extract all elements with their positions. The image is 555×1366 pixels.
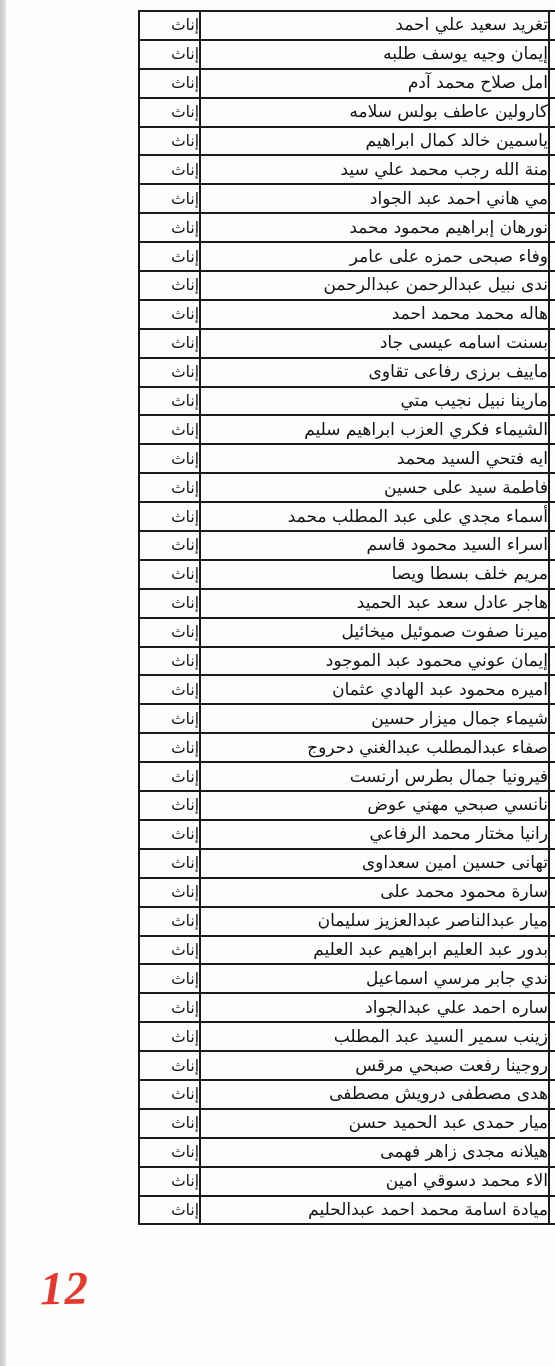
table-row: سارة محمود محمد على إناث: [139, 878, 555, 907]
gender-cell: إناث: [139, 358, 200, 387]
table-row: روجينا رفعت صبحي مرقس إناث: [139, 1051, 555, 1080]
table-row: هاله محمد محمد احمد إناث: [139, 300, 555, 329]
student-name-cell: مريم خلف بسطا ويصا: [200, 560, 549, 589]
student-name-cell: ميادة اسامة محمد احمد عبدالحليم: [200, 1196, 549, 1225]
scanned-document-page: تغريد سعيد علي احمد إناث إيمان وجيه يوسف…: [0, 0, 555, 1366]
gender-cell: إناث: [139, 531, 200, 560]
table-row: ميار حمدى عبد الحميد حسن إناث: [139, 1109, 555, 1138]
serial-cell-clipped: [549, 1167, 555, 1196]
gender-cell: إناث: [139, 1167, 200, 1196]
table-row: ساره احمد علي عبدالجواد إناث: [139, 993, 555, 1022]
table-row: تغريد سعيد علي احمد إناث: [139, 11, 555, 40]
serial-cell-clipped: [549, 589, 555, 618]
gender-cell: إناث: [139, 271, 200, 300]
table-row: بسنت اسامه عيسى جاد إناث: [139, 329, 555, 358]
student-name-cell: نورهان إبراهيم محمود محمد: [200, 213, 549, 242]
student-name-cell: إيمان وجيه يوسف طلبه: [200, 40, 549, 69]
serial-cell-clipped: [549, 213, 555, 242]
student-name-cell: اسراء السيد محمود قاسم: [200, 531, 549, 560]
table-row: وفاء صبحى حمزه على عامر إناث: [139, 242, 555, 271]
table-row: رانيا مختار محمد الرفاعي إناث: [139, 820, 555, 849]
serial-cell-clipped: [549, 1196, 555, 1225]
table-row: شيماء جمال ميزار حسين إناث: [139, 704, 555, 733]
serial-cell-clipped: [549, 762, 555, 791]
table-row: مريم خلف بسطا ويصا إناث: [139, 560, 555, 589]
gender-cell: إناث: [139, 415, 200, 444]
gender-cell: إناث: [139, 213, 200, 242]
table-row: فيرونيا جمال بطرس ارنست إناث: [139, 762, 555, 791]
table-row: مي هاني احمد عبد الجواد إناث: [139, 184, 555, 213]
table-row: إيمان وجيه يوسف طلبه إناث: [139, 40, 555, 69]
table-row: ميادة اسامة محمد احمد عبدالحليم إناث: [139, 1196, 555, 1225]
gender-cell: إناث: [139, 589, 200, 618]
table-row: ياسمين خالد كمال ابراهيم إناث: [139, 127, 555, 156]
gender-cell: إناث: [139, 387, 200, 416]
student-name-cell: ندي جابر مرسي اسماعيل: [200, 964, 549, 993]
serial-cell-clipped: [549, 647, 555, 676]
table-row: منة الله رجب محمد علي سيد إناث: [139, 155, 555, 184]
gender-cell: إناث: [139, 329, 200, 358]
serial-cell-clipped: [549, 502, 555, 531]
serial-cell-clipped: [549, 1080, 555, 1109]
student-name-cell: بدور عبد العليم ابراهيم عبد العليم: [200, 936, 549, 965]
table-row: إيمان عوني محمود عبد الموجود إناث: [139, 647, 555, 676]
student-name-cell: زينب سمير السيد عبد المطلب: [200, 1022, 549, 1051]
table-row: زينب سمير السيد عبد المطلب إناث: [139, 1022, 555, 1051]
gender-cell: إناث: [139, 878, 200, 907]
student-name-cell: شيماء جمال ميزار حسين: [200, 704, 549, 733]
student-name-cell: ياسمين خالد كمال ابراهيم: [200, 127, 549, 156]
student-name-cell: ايه فتحي السيد محمد: [200, 444, 549, 473]
gender-cell: إناث: [139, 704, 200, 733]
student-name-cell: ندى نبيل عبدالرحمن عبدالرحمن: [200, 271, 549, 300]
student-name-cell: اميره محمود عبد الهادي عثمان: [200, 675, 549, 704]
table-row: اسراء السيد محمود قاسم إناث: [139, 531, 555, 560]
table-row: هدى مصطفى درويش مصطفى إناث: [139, 1080, 555, 1109]
page-number: 12: [40, 1262, 90, 1317]
gender-cell: إناث: [139, 155, 200, 184]
serial-cell-clipped: [549, 820, 555, 849]
table-row: مارينا نبيل نجيب متي إناث: [139, 387, 555, 416]
serial-cell-clipped: [549, 155, 555, 184]
serial-cell-clipped: [549, 849, 555, 878]
table-row: ايه فتحي السيد محمد إناث: [139, 444, 555, 473]
serial-cell-clipped: [549, 675, 555, 704]
table-row: ماييف برزى رفاعى تقاوى إناث: [139, 358, 555, 387]
serial-cell-clipped: [549, 271, 555, 300]
serial-cell-clipped: [549, 1109, 555, 1138]
student-name-cell: أسماء مجدي على عبد المطلب محمد: [200, 502, 549, 531]
gender-cell: إناث: [139, 675, 200, 704]
serial-cell-clipped: [549, 127, 555, 156]
gender-cell: إناث: [139, 618, 200, 647]
student-name-cell: نانسي صبحي مهني عوض: [200, 791, 549, 820]
gender-cell: إناث: [139, 300, 200, 329]
names-table: تغريد سعيد علي احمد إناث إيمان وجيه يوسف…: [138, 10, 555, 1225]
table-row: كارولين عاطف بولس سلامه إناث: [139, 98, 555, 127]
gender-cell: إناث: [139, 1051, 200, 1080]
serial-cell-clipped: [549, 907, 555, 936]
table-row: ندى نبيل عبدالرحمن عبدالرحمن إناث: [139, 271, 555, 300]
table-row: أسماء مجدي على عبد المطلب محمد إناث: [139, 502, 555, 531]
table-row: تهانى حسين امين سعداوى إناث: [139, 849, 555, 878]
student-name-cell: الاء محمد دسوقي امين: [200, 1167, 549, 1196]
gender-cell: إناث: [139, 184, 200, 213]
table-row: هاجر عادل سعد عبد الحميد إناث: [139, 589, 555, 618]
gender-cell: إناث: [139, 1109, 200, 1138]
serial-cell-clipped: [549, 1138, 555, 1167]
serial-cell-clipped: [549, 69, 555, 98]
table-row: فاطمة سيد على حسين إناث: [139, 473, 555, 502]
gender-cell: إناث: [139, 473, 200, 502]
serial-cell-clipped: [549, 1051, 555, 1080]
gender-cell: إناث: [139, 40, 200, 69]
gender-cell: إناث: [139, 733, 200, 762]
student-name-cell: صفاء عبدالمطلب عبدالغني دحروج: [200, 733, 549, 762]
student-name-cell: الشيماء فكري العزب ابراهيم سليم: [200, 415, 549, 444]
serial-cell-clipped: [549, 40, 555, 69]
serial-cell-clipped: [549, 936, 555, 965]
student-name-cell: كارولين عاطف بولس سلامه: [200, 98, 549, 127]
serial-cell-clipped: [549, 1022, 555, 1051]
gender-cell: إناث: [139, 11, 200, 40]
student-name-cell: ميار عبدالناصر عبدالعزيز سليمان: [200, 907, 549, 936]
table-row: الاء محمد دسوقي امين إناث: [139, 1167, 555, 1196]
serial-cell-clipped: [549, 387, 555, 416]
student-name-cell: ميار حمدى عبد الحميد حسن: [200, 1109, 549, 1138]
serial-cell-clipped: [549, 329, 555, 358]
gender-cell: إناث: [139, 1080, 200, 1109]
names-table-wrap: تغريد سعيد علي احمد إناث إيمان وجيه يوسف…: [138, 10, 555, 1225]
student-name-cell: رانيا مختار محمد الرفاعي: [200, 820, 549, 849]
serial-cell-clipped: [549, 415, 555, 444]
serial-cell-clipped: [549, 184, 555, 213]
gender-cell: إناث: [139, 127, 200, 156]
serial-cell-clipped: [549, 733, 555, 762]
student-name-cell: روجينا رفعت صبحي مرقس: [200, 1051, 549, 1080]
gender-cell: إناث: [139, 849, 200, 878]
serial-cell-clipped: [549, 993, 555, 1022]
serial-cell-clipped: [549, 242, 555, 271]
student-name-cell: تغريد سعيد علي احمد: [200, 11, 549, 40]
student-name-cell: امل صلاح محمد آدم: [200, 69, 549, 98]
gender-cell: إناث: [139, 560, 200, 589]
serial-cell-clipped: [549, 878, 555, 907]
table-row: امل صلاح محمد آدم إناث: [139, 69, 555, 98]
table-row: الشيماء فكري العزب ابراهيم سليم إناث: [139, 415, 555, 444]
table-row: نانسي صبحي مهني عوض إناث: [139, 791, 555, 820]
student-name-cell: وفاء صبحى حمزه على عامر: [200, 242, 549, 271]
table-row: اميره محمود عبد الهادي عثمان إناث: [139, 675, 555, 704]
names-table-body: تغريد سعيد علي احمد إناث إيمان وجيه يوسف…: [139, 11, 555, 1224]
table-row: ندي جابر مرسي اسماعيل إناث: [139, 964, 555, 993]
student-name-cell: سارة محمود محمد على: [200, 878, 549, 907]
table-row: نورهان إبراهيم محمود محمد إناث: [139, 213, 555, 242]
student-name-cell: هيلانه مجدى زاهر فهمى: [200, 1138, 549, 1167]
student-name-cell: هاجر عادل سعد عبد الحميد: [200, 589, 549, 618]
serial-cell-clipped: [549, 98, 555, 127]
table-row: ميار عبدالناصر عبدالعزيز سليمان إناث: [139, 907, 555, 936]
student-name-cell: هدى مصطفى درويش مصطفى: [200, 1080, 549, 1109]
student-name-cell: مارينا نبيل نجيب متي: [200, 387, 549, 416]
table-row: ميرنا صفوت صموئيل ميخائيل إناث: [139, 618, 555, 647]
serial-cell-clipped: [549, 791, 555, 820]
gender-cell: إناث: [139, 242, 200, 271]
gender-cell: إناث: [139, 1022, 200, 1051]
student-name-cell: فيرونيا جمال بطرس ارنست: [200, 762, 549, 791]
page-edge-shadow: [0, 0, 6, 1366]
gender-cell: إناث: [139, 762, 200, 791]
serial-cell-clipped: [549, 300, 555, 329]
serial-cell-clipped: [549, 560, 555, 589]
student-name-cell: فاطمة سيد على حسين: [200, 473, 549, 502]
gender-cell: إناث: [139, 444, 200, 473]
serial-cell-clipped: [549, 11, 555, 40]
student-name-cell: بسنت اسامه عيسى جاد: [200, 329, 549, 358]
serial-cell-clipped: [549, 358, 555, 387]
serial-cell-clipped: [549, 964, 555, 993]
gender-cell: إناث: [139, 1196, 200, 1225]
gender-cell: إناث: [139, 907, 200, 936]
gender-cell: إناث: [139, 791, 200, 820]
table-row: هيلانه مجدى زاهر فهمى إناث: [139, 1138, 555, 1167]
gender-cell: إناث: [139, 98, 200, 127]
serial-cell-clipped: [549, 618, 555, 647]
gender-cell: إناث: [139, 502, 200, 531]
gender-cell: إناث: [139, 647, 200, 676]
gender-cell: إناث: [139, 820, 200, 849]
student-name-cell: تهانى حسين امين سعداوى: [200, 849, 549, 878]
table-row: بدور عبد العليم ابراهيم عبد العليم إناث: [139, 936, 555, 965]
gender-cell: إناث: [139, 964, 200, 993]
student-name-cell: ساره احمد علي عبدالجواد: [200, 993, 549, 1022]
gender-cell: إناث: [139, 1138, 200, 1167]
student-name-cell: ماييف برزى رفاعى تقاوى: [200, 358, 549, 387]
student-name-cell: إيمان عوني محمود عبد الموجود: [200, 647, 549, 676]
student-name-cell: هاله محمد محمد احمد: [200, 300, 549, 329]
gender-cell: إناث: [139, 936, 200, 965]
gender-cell: إناث: [139, 993, 200, 1022]
serial-cell-clipped: [549, 444, 555, 473]
table-row: صفاء عبدالمطلب عبدالغني دحروج إناث: [139, 733, 555, 762]
student-name-cell: ميرنا صفوت صموئيل ميخائيل: [200, 618, 549, 647]
student-name-cell: مي هاني احمد عبد الجواد: [200, 184, 549, 213]
serial-cell-clipped: [549, 531, 555, 560]
serial-cell-clipped: [549, 704, 555, 733]
student-name-cell: منة الله رجب محمد علي سيد: [200, 155, 549, 184]
gender-cell: إناث: [139, 69, 200, 98]
serial-cell-clipped: [549, 473, 555, 502]
